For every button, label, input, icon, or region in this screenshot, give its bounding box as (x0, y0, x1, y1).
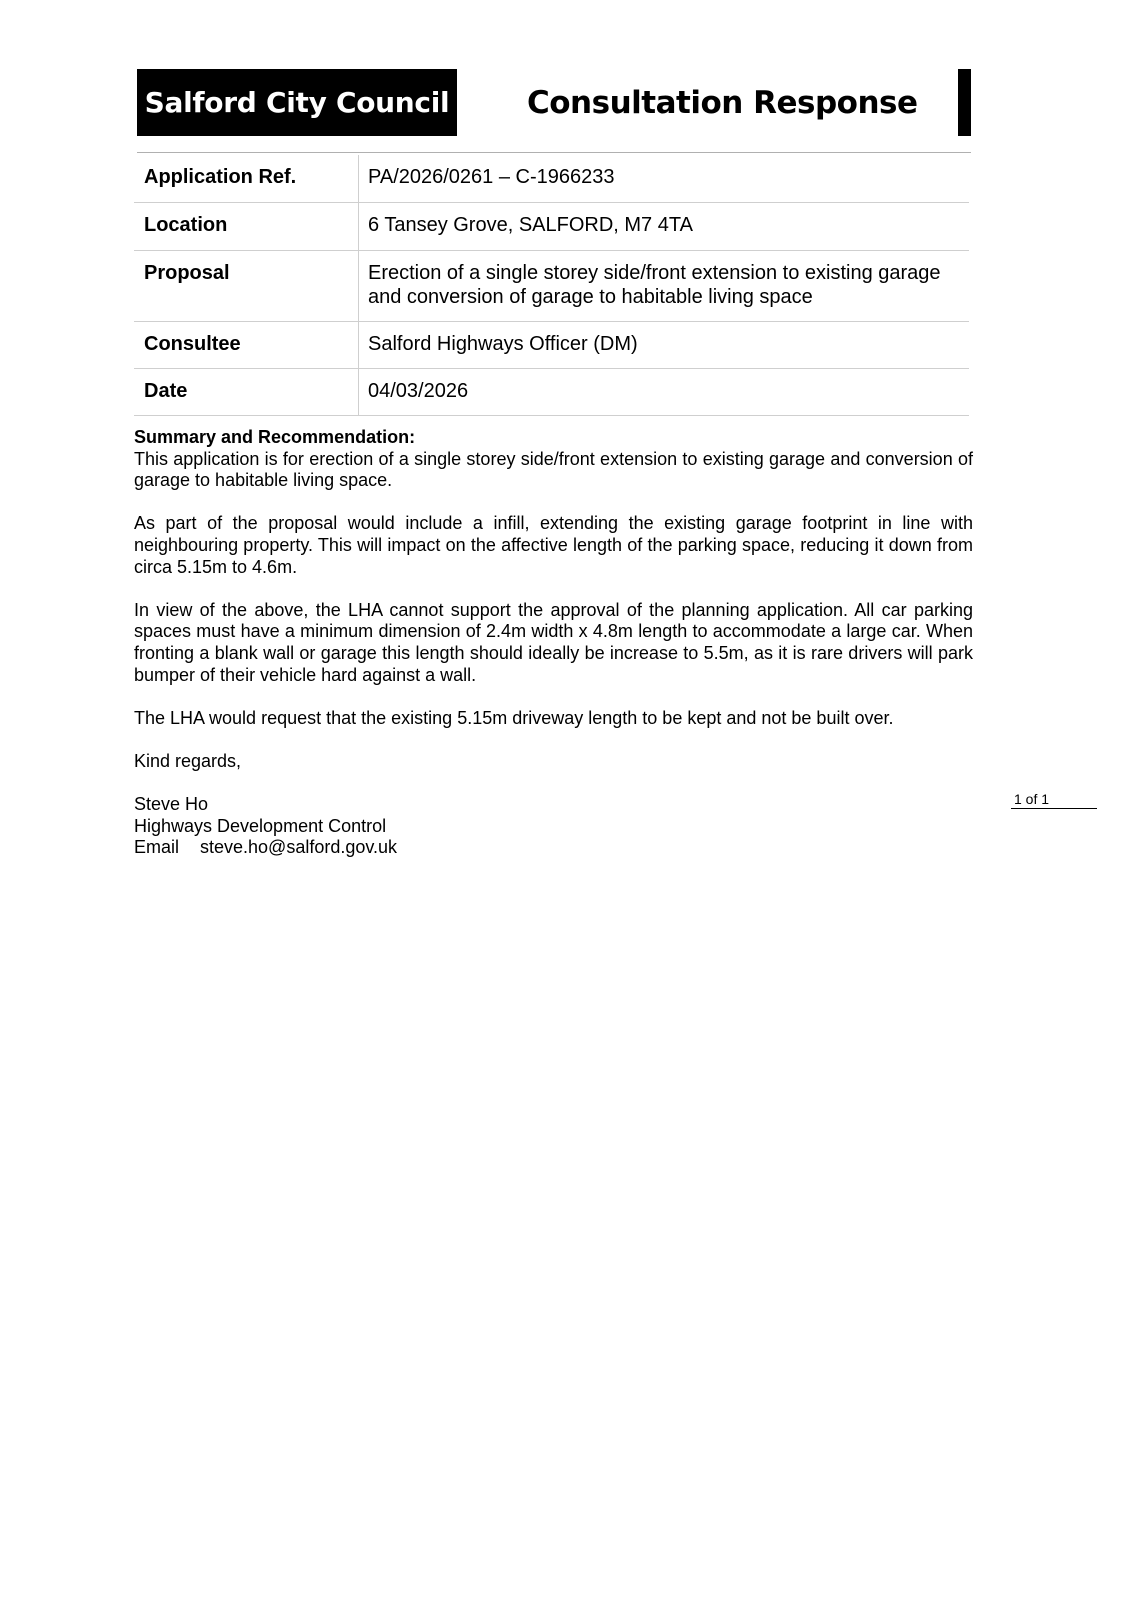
table-row-consultee: Consultee Salford Highways Officer (DM) (134, 322, 969, 369)
document-title: Consultation Response (527, 69, 918, 136)
signature-block: Steve Ho Highways Development Control Em… (134, 794, 973, 859)
field-value: Salford Highways Officer (DM) (359, 322, 970, 369)
table-row-proposal: Proposal Erection of a single storey sid… (134, 251, 969, 322)
signatory-name: Steve Ho (134, 794, 973, 816)
header-divider (137, 152, 971, 153)
signatory-email-line: Emailsteve.ho@salford.gov.uk (134, 837, 973, 859)
field-label: Location (134, 203, 359, 251)
table-row-application-ref: Application Ref. PA/2026/0261 – C-196623… (134, 155, 969, 203)
document-page: Salford City Council Consultation Respon… (0, 0, 1131, 1600)
email-label: Email (134, 837, 200, 859)
field-label: Consultee (134, 322, 359, 369)
table-row-date: Date 04/03/2026 (134, 369, 969, 416)
header-accent-bar (958, 69, 971, 136)
field-label: Application Ref. (134, 155, 359, 203)
field-value: Erection of a single storey side/front e… (359, 251, 970, 322)
email-address[interactable]: steve.ho@salford.gov.uk (200, 837, 397, 857)
closing: Kind regards, (134, 751, 973, 773)
field-value: 04/03/2026 (359, 369, 970, 416)
field-label: Proposal (134, 251, 359, 322)
organization-name: Salford City Council (145, 86, 450, 119)
field-label: Date (134, 369, 359, 416)
table-row-location: Location 6 Tansey Grove, SALFORD, M7 4TA (134, 203, 969, 251)
paragraph: In view of the above, the LHA cannot sup… (134, 600, 973, 686)
section-heading: Summary and Recommendation: (134, 427, 973, 449)
summary-section: Summary and Recommendation: This applica… (134, 427, 973, 859)
application-details-table: Application Ref. PA/2026/0261 – C-196623… (134, 155, 969, 416)
field-value: PA/2026/0261 – C-1966233 (359, 155, 970, 203)
paragraph: The LHA would request that the existing … (134, 708, 973, 730)
signatory-department: Highways Development Control (134, 816, 973, 838)
page-number: 1 of 1 (1011, 790, 1097, 809)
paragraph: As part of the proposal would include a … (134, 513, 973, 578)
field-value: 6 Tansey Grove, SALFORD, M7 4TA (359, 203, 970, 251)
council-logo: Salford City Council (137, 69, 457, 136)
document-header: Salford City Council Consultation Respon… (137, 69, 971, 136)
paragraph: This application is for erection of a si… (134, 449, 973, 492)
